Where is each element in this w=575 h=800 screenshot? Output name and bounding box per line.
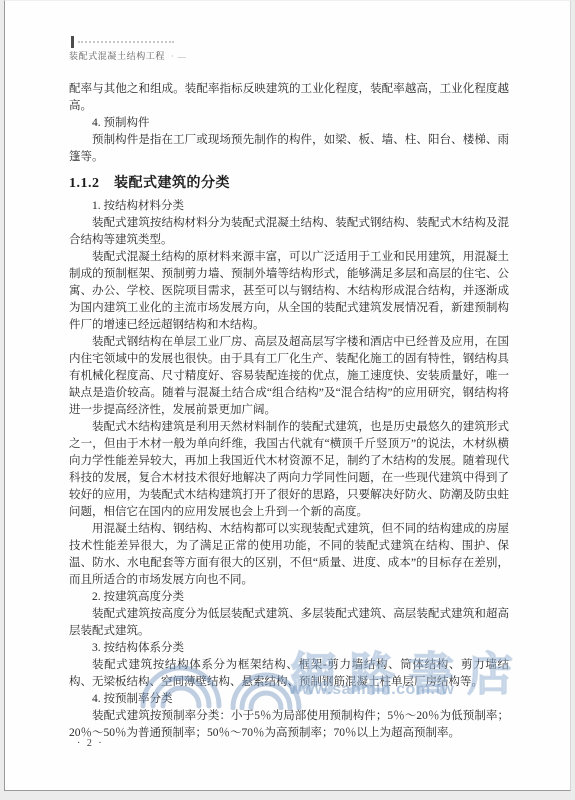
paragraph: 装配式木结构建筑是利用天然材料制作的装配式建筑，也是历史最悠久的建筑形式之一，但… xyxy=(69,419,509,521)
header-dotted-line xyxy=(78,41,174,43)
paragraph: 用混凝土结构、钢结构、木结构都可以实现装配式建筑，但不同的结构建成的房屋技术性能… xyxy=(69,521,509,589)
paragraph: 配率与其他之和组成。装配率指标反映建筑的工业化程度，装配率越高，工业化程度越高。 xyxy=(69,81,509,115)
header-trailing-mark: · — xyxy=(171,52,187,61)
paragraph: 装配式钢结构在单层工业厂房、高层及超高层写字楼和酒店中已经普及应用，在国内住宅领… xyxy=(69,334,509,419)
paragraph: 3. 按结构体系分类 xyxy=(69,640,509,657)
paragraph: 装配式建筑按高度分为低层装配式建筑、多层装配式建筑、高层装配式建筑和超高层装配式… xyxy=(69,606,509,640)
running-header: 装配式混凝土结构工程· — xyxy=(69,49,187,62)
running-header-title: 装配式混凝土结构工程 xyxy=(69,51,165,61)
scanned-page: 装配式混凝土结构工程· — 配率与其他之和组成。装配率指标反映建筑的工业化程度，… xyxy=(4,0,571,791)
section-heading: 1.1.2 装配式建筑的分类 xyxy=(69,173,509,194)
paragraph: 装配式建筑按预制率分类：小于5％为局部使用预制构件；5％～20％为低预制率；20… xyxy=(69,708,509,742)
body-text: 配率与其他之和组成。装配率指标反映建筑的工业化程度，装配率越高，工业化程度越高。… xyxy=(69,81,509,742)
page-number: · 2 · xyxy=(77,738,104,749)
paragraph: 装配式建筑按结构材料分为装配式混凝土结构、装配式钢结构、装配式木结构及混合结构等… xyxy=(69,215,509,249)
paragraph: 4. 预制构件 xyxy=(69,115,509,132)
paragraph: 1. 按结构材料分类 xyxy=(69,198,509,215)
header-tick-bar xyxy=(71,36,74,48)
paragraph: 预制构件是指在工厂或现场预先制作的构件，如梁、板、墙、柱、阳台、楼梯、雨篷等。 xyxy=(69,132,509,166)
paragraph: 装配式混凝土结构的原材料来源丰富，可以广泛适用于工业和民用建筑，用混凝土制成的预… xyxy=(69,249,509,334)
paragraph: 2. 按建筑高度分类 xyxy=(69,589,509,606)
paragraph: 装配式建筑按结构体系分为框架结构、框架-剪力墙结构、筒体结构、剪力墙结构、无梁板… xyxy=(69,657,509,691)
paragraph: 4. 按预制率分类 xyxy=(69,691,509,708)
